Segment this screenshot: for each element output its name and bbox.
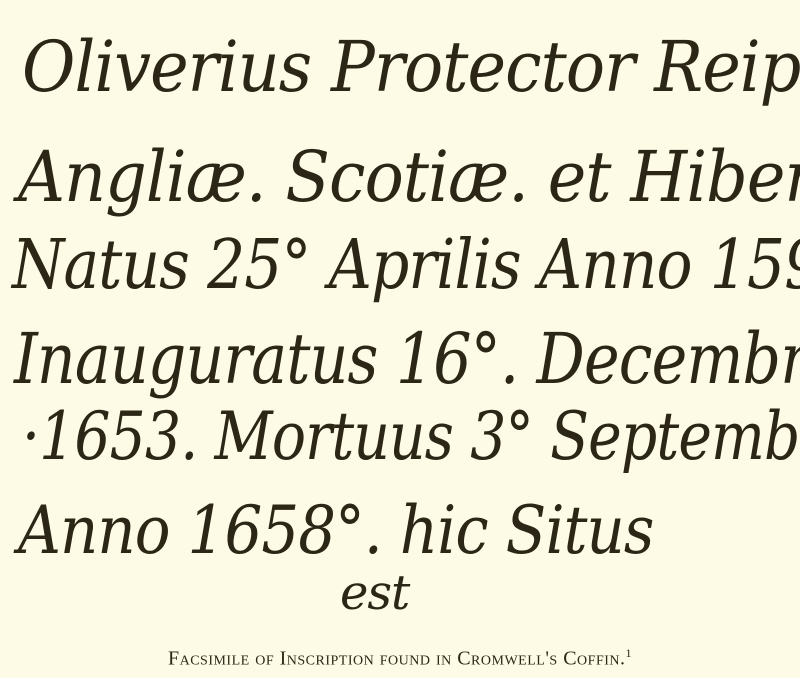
caption-text: Facsimile of Inscription found in Cromwe… [168,648,626,670]
inscription-line-6: Anno 1658°. hic Situs [18,492,653,569]
inscription-line-3: Natus 25° Aprilis Anno 1599°: [12,226,800,305]
inscription-line-2: Angliæ. Scotiæ. et Hiberniæ [18,136,800,218]
inscription-line-4: Inauguratus 16°. Decembris [14,318,800,400]
inscription-line-1: Oliverius Protector Reipublicæ [22,26,800,108]
inscription-line-5: ·1653. Mortuus 3° Septembris [22,398,800,475]
inscription-line-7: est [340,565,409,621]
facsimile-page: Oliverius Protector Reipublicæ Angliæ. S… [0,0,800,678]
figure-caption: Facsimile of Inscription found in Cromwe… [0,646,800,671]
footnote-marker[interactable]: 1 [626,646,633,660]
